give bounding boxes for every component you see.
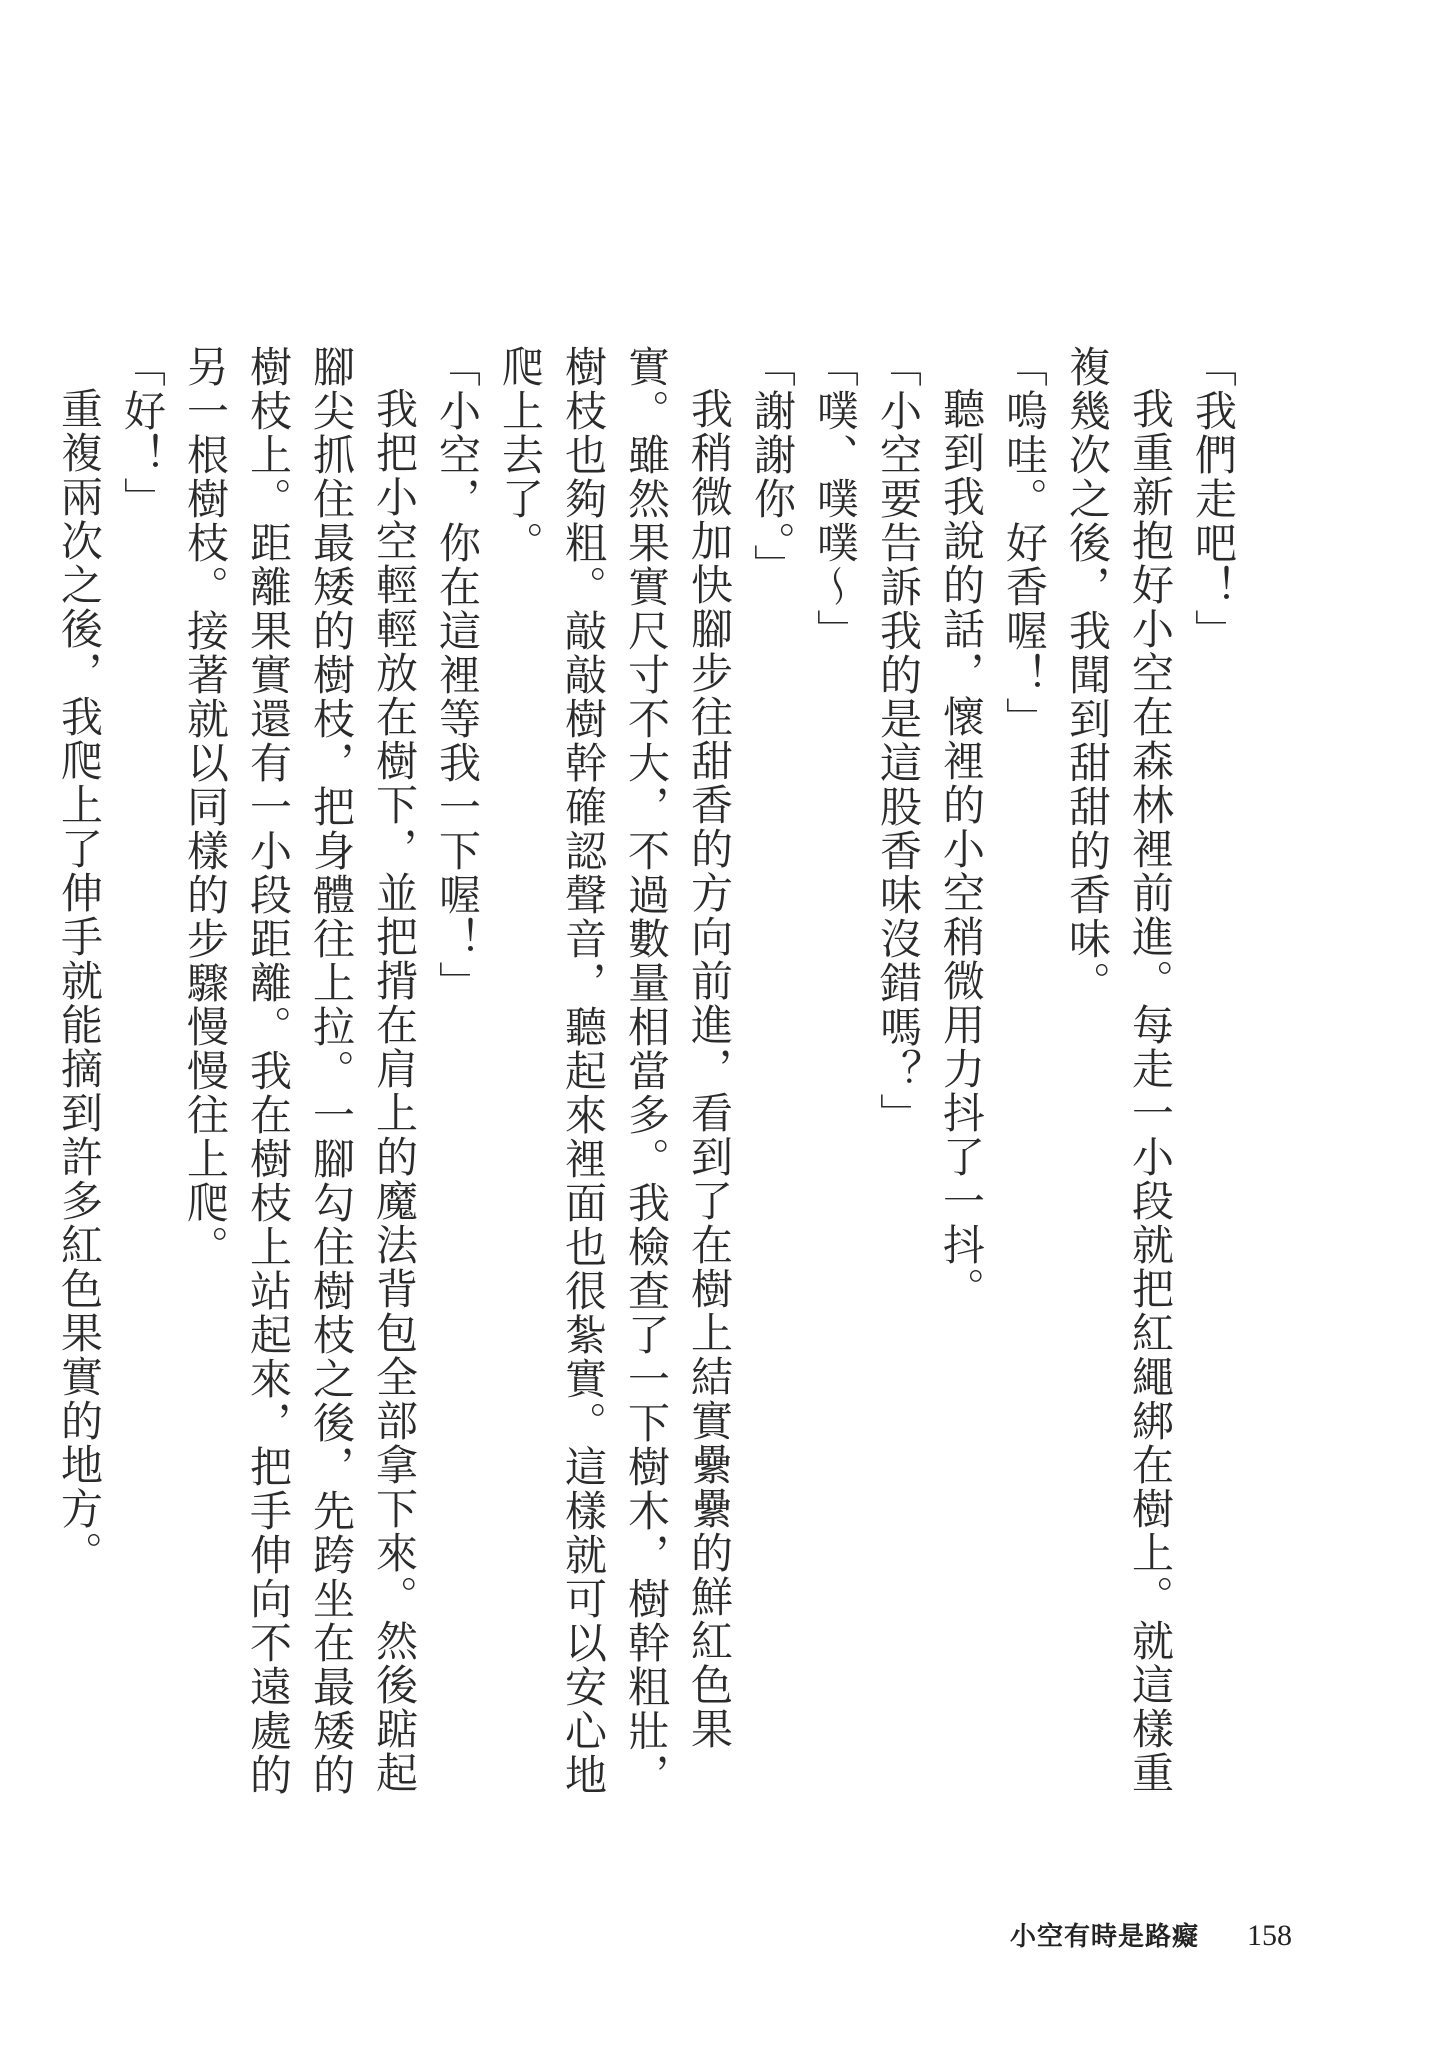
dialogue-line: 「嗚哇。好香喔！」 <box>993 345 1056 1825</box>
book-page: 「我們走吧！」 我重新抱好小空在森林裡前進。每走一小段就把紅繩綁在樹上。就這樣重… <box>0 0 1440 2048</box>
page-number: 158 <box>1247 1919 1292 1953</box>
narration-paragraph: 聽到我說的話，懷裡的小空稍微用力抖了一抖。 <box>930 345 993 1825</box>
dialogue-line: 「小空要告訴我的是這股香味沒錯嗎？」 <box>867 345 930 1825</box>
narration-paragraph: 我稍微加快腳步往甜香的方向前進，看到了在樹上結實纍纍的鮮紅色果實。雖然果實尺寸不… <box>489 345 741 1825</box>
dialogue-line: 「好！」 <box>111 345 174 1825</box>
dialogue-line: 「小空，你在這裡等我一下喔！」 <box>426 345 489 1825</box>
dialogue-line: 「謝謝你。」 <box>741 345 804 1825</box>
narration-paragraph: 我把小空輕輕放在樹下，並把揹在肩上的魔法背包全部拿下來。然後踮起腳尖抓住最矮的樹… <box>174 345 426 1825</box>
page-footer: 小空有時是路癡 158 <box>1010 1916 1292 1953</box>
dialogue-line: 「噗、噗噗～」 <box>804 345 867 1825</box>
dialogue-line: 「我們走吧！」 <box>1182 345 1245 1825</box>
narration-paragraph: 我重新抱好小空在森林裡前進。每走一小段就把紅繩綁在樹上。就這樣重複幾次之後，我聞… <box>1056 345 1182 1825</box>
narration-paragraph: 重複兩次之後，我爬上了伸手就能摘到許多紅色果實的地方。 <box>48 345 111 1825</box>
vertical-text-body: 「我們走吧！」 我重新抱好小空在森林裡前進。每走一小段就把紅繩綁在樹上。就這樣重… <box>48 345 1245 1825</box>
running-title: 小空有時是路癡 <box>1010 1916 1199 1953</box>
